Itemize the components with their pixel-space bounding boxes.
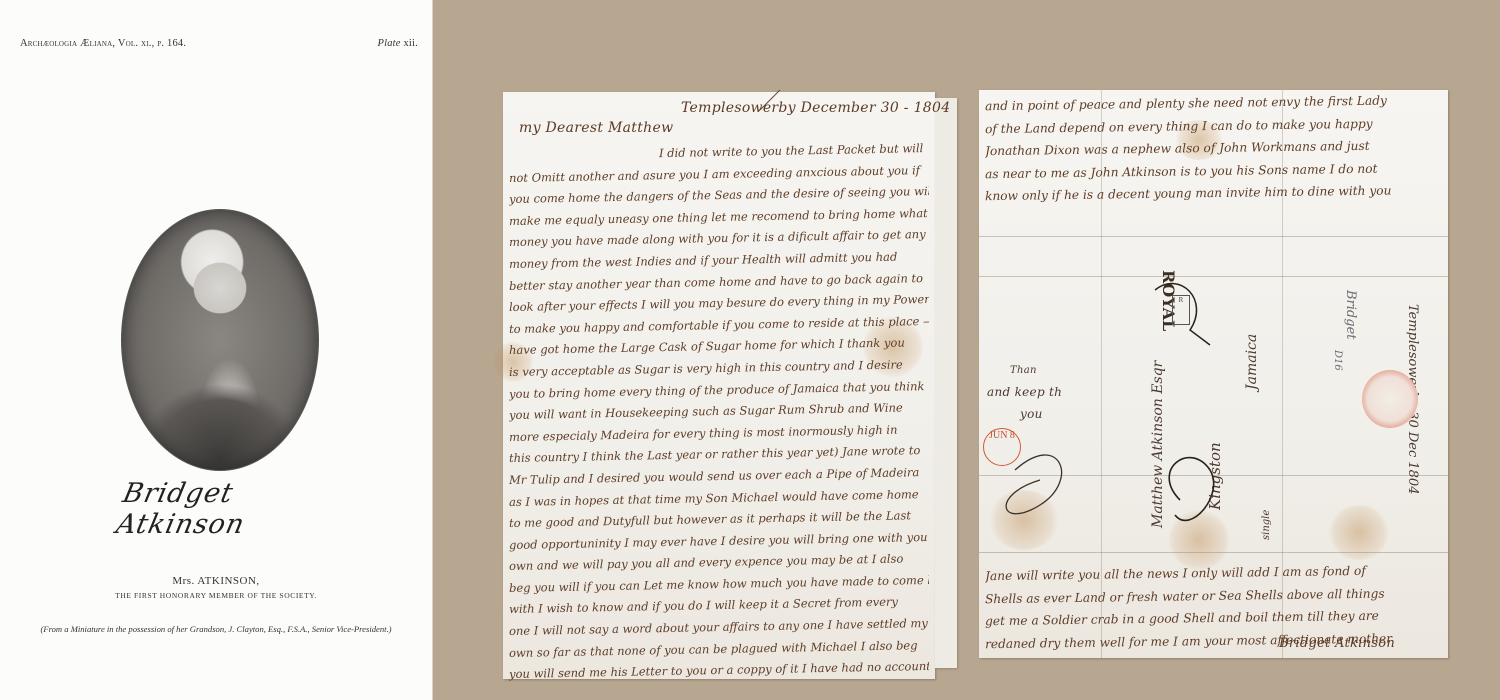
flourish-strokes-icon <box>0 0 1500 700</box>
